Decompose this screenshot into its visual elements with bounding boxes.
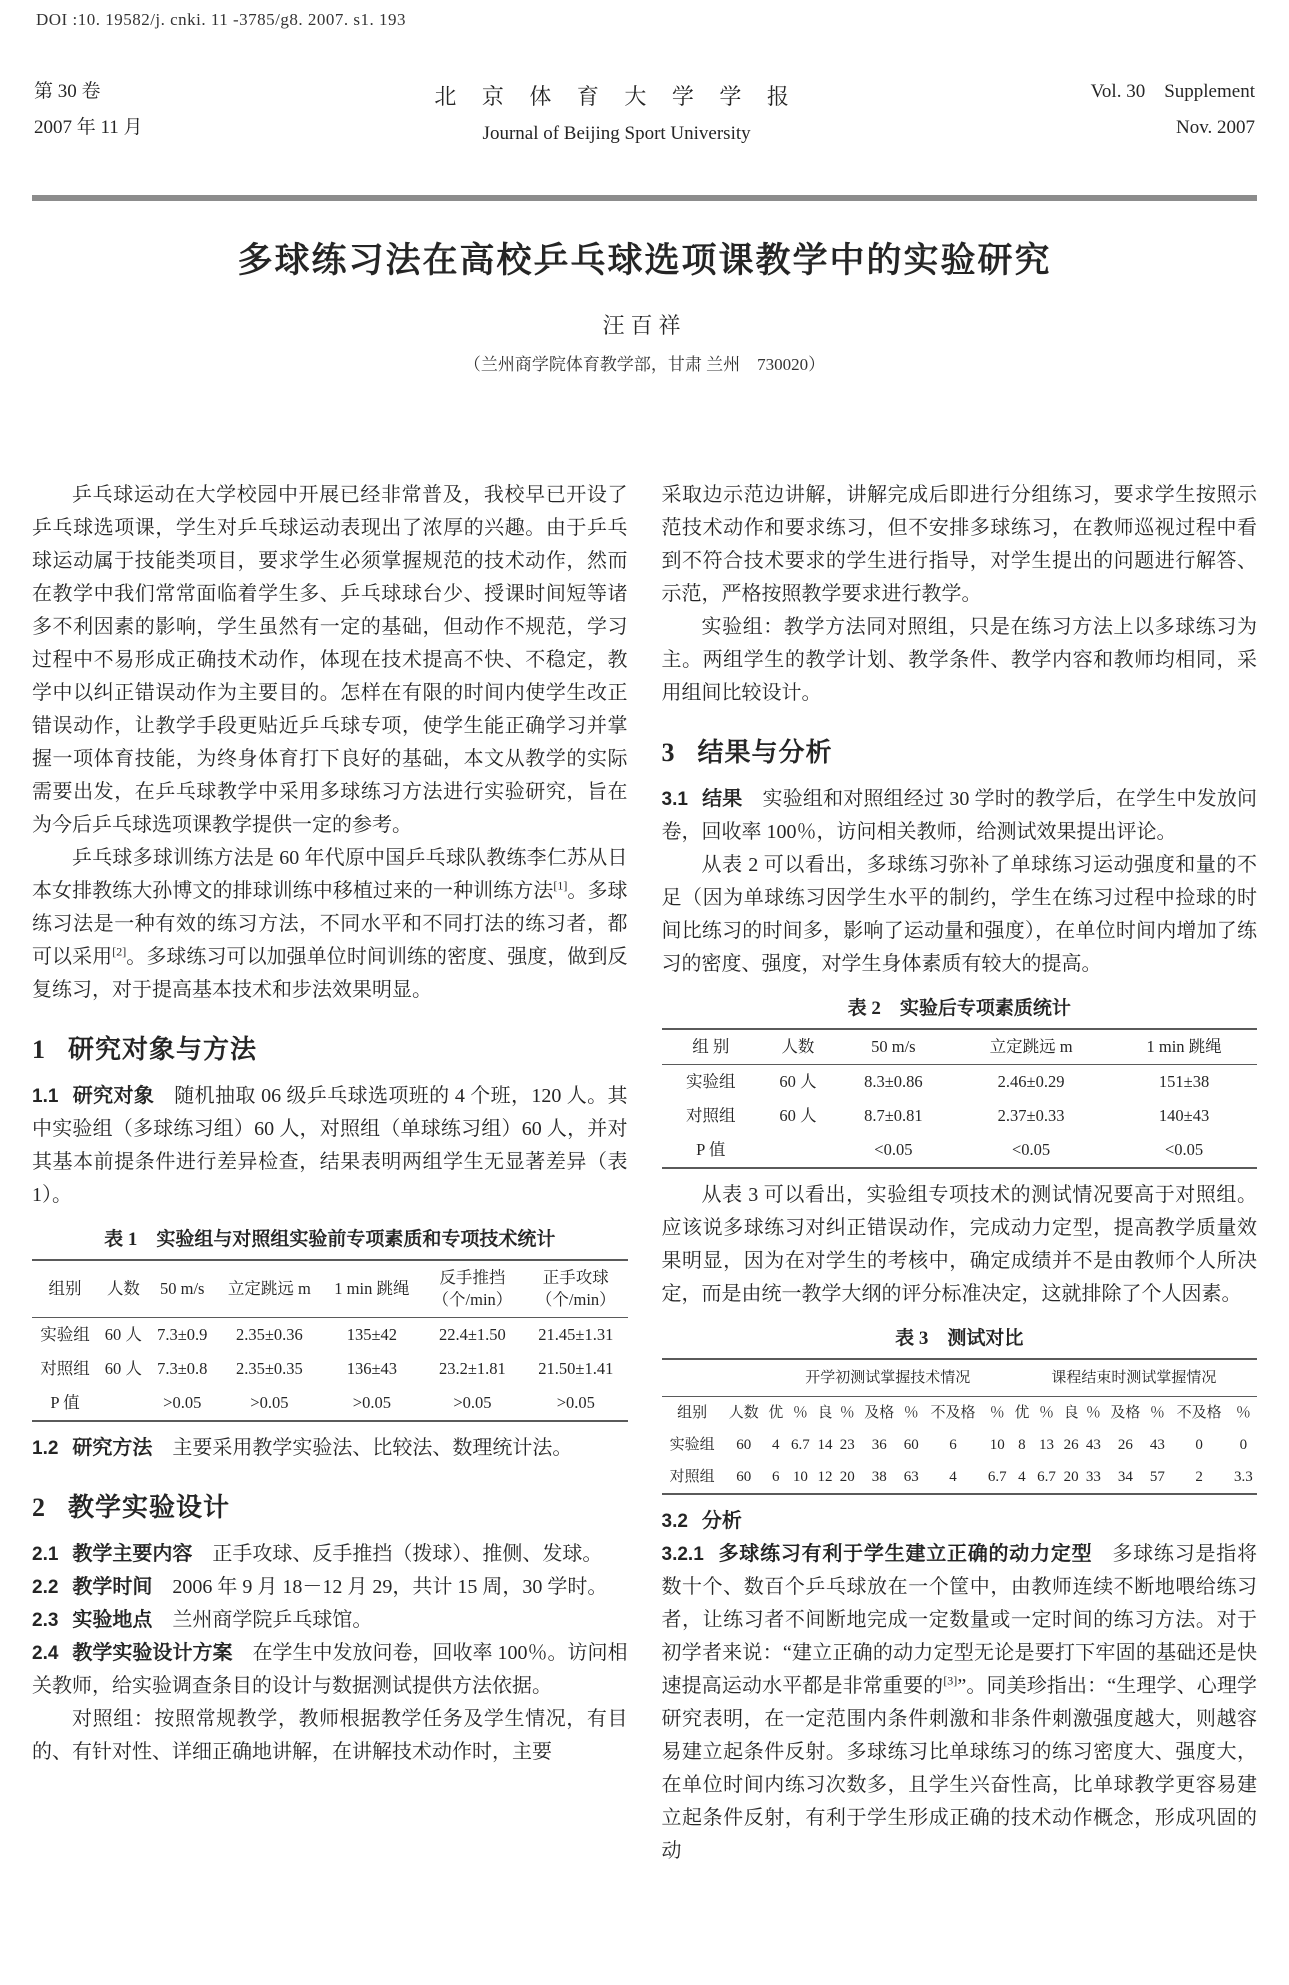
table-header-cell: 50 m/s: [836, 1029, 951, 1065]
journal-name-cn: 北 京 体 育 大 学 学 报: [434, 80, 799, 111]
table-header-cell: 良: [1060, 1397, 1082, 1430]
table-cell: 60: [723, 1429, 765, 1461]
table-cell: 8: [1011, 1429, 1033, 1461]
table-cell: 22.4±1.50: [421, 1318, 524, 1353]
table-header-cell: 组别: [32, 1260, 98, 1318]
table-cell: 2.35±0.35: [216, 1352, 323, 1386]
table-row: 实验组60 人8.3±0.862.46±0.29151±38: [662, 1065, 1258, 1100]
table-header-cell: ％: [836, 1397, 858, 1430]
right-column: 采取边示范边讲解，讲解完成后即进行分组练习，要求学生按照示范技术动作和要求练习，…: [662, 479, 1258, 1868]
table-cell: 6: [922, 1429, 983, 1461]
table-header-cell: 及格: [1104, 1397, 1146, 1430]
section-1-2: 1.2研究方法主要采用教学实验法、比较法、数理统计法。: [32, 1432, 628, 1465]
table-cell: 34: [1104, 1461, 1146, 1494]
table-1: 组别人数50 m/s立定跳远 m1 min 跳绳反手推挡 （个/min）正手攻球…: [32, 1259, 628, 1422]
table-cell: 140±43: [1111, 1099, 1257, 1133]
table-header-cell: ％: [900, 1397, 922, 1430]
table-header-cell: 正手攻球 （个/min）: [524, 1260, 627, 1318]
journal-header: 第 30 卷 2007 年 11 月 北 京 体 育 大 学 学 报 Journ…: [30, 80, 1259, 145]
table-3-span-header-row: 开学初测试掌握技术情况 课程结束时测试掌握情况: [662, 1359, 1258, 1397]
table-cell: 151±38: [1111, 1065, 1257, 1100]
table-cell: <0.05: [1111, 1133, 1257, 1168]
table-header-cell: ％: [787, 1397, 814, 1430]
table-cell: 10: [984, 1429, 1011, 1461]
table-cell: >0.05: [149, 1386, 216, 1421]
section-2-2-number: 2.2: [32, 1577, 58, 1598]
table-header-cell: ％: [1033, 1397, 1060, 1430]
table-cell: 26: [1060, 1429, 1082, 1461]
table-cell: >0.05: [323, 1386, 421, 1421]
table-1-block: 表 1 实验组与对照组实验前专项素质和专项技术统计 组别人数50 m/s立定跳远…: [32, 1224, 628, 1422]
section-2-1-text: 正手攻球、反手推挡（拨球）、推侧、发球。: [212, 1543, 602, 1565]
table-cell: 6.7: [984, 1461, 1011, 1494]
section-1-2-title: 研究方法: [72, 1437, 152, 1459]
table-cell: 2.46±0.29: [951, 1065, 1111, 1100]
journal-page: DOI :10. 19582/j. cnki. 11 -3785/g8. 200…: [0, 0, 1289, 1985]
table-header-cell: 立定跳远 m: [951, 1029, 1111, 1065]
table-header-cell: 不及格: [922, 1397, 983, 1430]
table-cell: [98, 1386, 149, 1421]
table-row: 对照组60 人8.7±0.812.37±0.33140±43: [662, 1099, 1258, 1133]
table-header-cell: 及格: [858, 1397, 900, 1430]
section-2-4: 2.4教学实验设计方案在学生中发放问卷，回收率 100％。访问相关教师，给实验调…: [32, 1637, 628, 1703]
section-2-2: 2.2教学时间2006 年 9 月 18－12 月 29，共计 15 周，30 …: [32, 1571, 628, 1604]
table-cell: 7.3±0.9: [149, 1318, 216, 1353]
table-header-cell: ％: [1230, 1397, 1257, 1430]
table-row: P 值<0.05<0.05<0.05: [662, 1133, 1258, 1168]
table-row: P 值>0.05>0.05>0.05>0.05>0.05: [32, 1386, 628, 1421]
table-cell: 2.35±0.36: [216, 1318, 323, 1353]
table-cell: 14: [814, 1429, 836, 1461]
table-cell: [760, 1133, 836, 1168]
table-3-span-end: 课程结束时测试掌握情况: [1011, 1359, 1257, 1397]
table-cell: 136±43: [323, 1352, 421, 1386]
table-cell: 8.3±0.86: [836, 1065, 951, 1100]
reference-3: [3]: [943, 1673, 957, 1687]
table-header-cell: ％: [1082, 1397, 1104, 1430]
table-cell: 26: [1104, 1429, 1146, 1461]
table-cell: 3.3: [1230, 1461, 1257, 1494]
header-center: 北 京 体 育 大 学 学 报 Journal of Beijing Sport…: [434, 80, 799, 145]
section-3-number: 3: [662, 738, 676, 767]
table-cell: 60 人: [760, 1099, 836, 1133]
table-header-cell: ％: [984, 1397, 1011, 1430]
table-cell: P 值: [662, 1133, 761, 1168]
table-cell: 2: [1168, 1461, 1229, 1494]
section-2-number: 2: [32, 1493, 46, 1522]
table-cell: 实验组: [662, 1065, 761, 1100]
table-cell: >0.05: [216, 1386, 323, 1421]
volume-en: Vol. 30 Supplement: [1091, 80, 1255, 104]
table-cell: 6.7: [787, 1429, 814, 1461]
table-cell: 8.7±0.81: [836, 1099, 951, 1133]
table-cell: 33: [1082, 1461, 1104, 1494]
table-3-span-start: 开学初测试掌握技术情况: [765, 1359, 1011, 1397]
table-cell: 6: [765, 1461, 787, 1494]
table-cell: 21.45±1.31: [524, 1318, 627, 1353]
table-cell: 43: [1082, 1429, 1104, 1461]
table-cell: 60 人: [760, 1065, 836, 1100]
section-3-1-text: 实验组和对照组经过 30 学时的教学后，在学生中发放问卷，回收率 100％，访问…: [662, 788, 1258, 843]
table-row: 对照组60 人7.3±0.82.35±0.35136±4323.2±1.8121…: [32, 1352, 628, 1386]
section-3-2-number: 3.2: [662, 1511, 688, 1532]
table-header-cell: 立定跳远 m: [216, 1260, 323, 1318]
table-cell: 60 人: [98, 1352, 149, 1386]
section-3-1-title: 结果: [702, 788, 743, 810]
table-header-cell: 组 别: [662, 1029, 761, 1065]
table-header-cell: ％: [1146, 1397, 1168, 1430]
section-1-1-number: 1.1: [32, 1086, 58, 1107]
table-3: 开学初测试掌握技术情况 课程结束时测试掌握情况 组别人数优％良％及格％不及格％优…: [662, 1358, 1258, 1495]
control-group-paragraph: 对照组：按照常规教学，教师根据教学任务及学生情况，有目的、有针对性、详细正确地讲…: [32, 1703, 628, 1769]
table-cell: 23.2±1.81: [421, 1352, 524, 1386]
intro-paragraph: 乒乓球运动在大学校园中开展已经非常普及，我校早已开设了乒乓球选项课，学生对乒乓球…: [32, 479, 628, 842]
table-cell: 对照组: [662, 1099, 761, 1133]
section-1-title: 研究对象与方法: [68, 1035, 257, 1064]
header-right: Vol. 30 Supplement Nov. 2007: [1091, 80, 1255, 145]
section-3-2: 3.2分析: [662, 1505, 1258, 1538]
table-cell: 7.3±0.8: [149, 1352, 216, 1386]
doi-line: DOI :10. 19582/j. cnki. 11 -3785/g8. 200…: [30, 10, 1259, 30]
table-cell: 4: [1011, 1461, 1033, 1494]
background-text-a: 乒乓球多球训练方法是 60 年代原中国乒乓球队教练李仁苏从日本女排教练大孙博文的…: [32, 847, 628, 902]
section-3-2-1-title: 多球练习有利于学生建立正确的动力定型: [718, 1543, 1093, 1565]
paper-title: 多球练习法在高校乒乓球选项课教学中的实验研究: [30, 233, 1259, 283]
reference-1: [1]: [553, 878, 567, 892]
section-1-2-text: 主要采用教学实验法、比较法、数理统计法。: [172, 1437, 572, 1459]
table-cell: 38: [858, 1461, 900, 1494]
table-2-block: 表 2 实验后专项素质统计 组 别人数50 m/s立定跳远 m1 min 跳绳 …: [662, 993, 1258, 1169]
table-2-header-row: 组 别人数50 m/s立定跳远 m1 min 跳绳: [662, 1029, 1258, 1065]
table-cell: 12: [814, 1461, 836, 1494]
section-2-2-title: 教学时间: [72, 1576, 152, 1598]
section-1-1-title: 研究对象: [72, 1085, 154, 1107]
table-cell: >0.05: [421, 1386, 524, 1421]
table-header-cell: 50 m/s: [149, 1260, 216, 1318]
table-cell: 60: [723, 1461, 765, 1494]
table-header-cell: 优: [1011, 1397, 1033, 1430]
table-cell: 60: [900, 1429, 922, 1461]
table-header-cell: 反手推挡 （个/min）: [421, 1260, 524, 1318]
reference-2: [2]: [112, 944, 126, 958]
table-cell: 23: [836, 1429, 858, 1461]
section-2-3-number: 2.3: [32, 1610, 58, 1631]
table-1-body: 实验组60 人7.3±0.92.35±0.36135±4222.4±1.5021…: [32, 1318, 628, 1422]
left-column: 乒乓球运动在大学校园中开展已经非常普及，我校早已开设了乒乓球选项课，学生对乒乓球…: [32, 479, 628, 1868]
author-affiliation: （兰州商学院体育教学部，甘肃 兰州 730020）: [30, 350, 1259, 375]
control-group-continuation: 采取边示范边讲解，讲解完成后即进行分组练习，要求学生按照示范技术动作和要求练习，…: [662, 479, 1258, 611]
table-1-caption: 表 1 实验组与对照组实验前专项素质和专项技术统计: [32, 1224, 628, 1251]
section-2-heading: 2教学实验设计: [32, 1487, 628, 1524]
table-row: 对照组606101220386346.746.72033345723.3: [662, 1461, 1258, 1494]
section-2-1-title: 教学主要内容: [72, 1543, 192, 1565]
section-3-2-1: 3.2.1多球练习有利于学生建立正确的动力定型多球练习是指将数十个、数百个乒乓球…: [662, 1538, 1258, 1868]
table-cell: 4: [922, 1461, 983, 1494]
table-cell: 43: [1146, 1429, 1168, 1461]
table-cell: 对照组: [662, 1461, 723, 1494]
table-3-discussion: 从表 3 可以看出，实验组专项技术的测试情况要高于对照组。应该说多球练习对纠正错…: [662, 1179, 1258, 1311]
table-cell: 20: [1060, 1461, 1082, 1494]
table-cell: 20: [836, 1461, 858, 1494]
table-cell: 21.50±1.41: [524, 1352, 627, 1386]
section-3-heading: 3结果与分析: [662, 732, 1258, 769]
date-en: Nov. 2007: [1091, 116, 1255, 140]
table-header-cell: 1 min 跳绳: [1111, 1029, 1257, 1065]
table-header-cell: 人数: [760, 1029, 836, 1065]
table-2-discussion: 从表 2 可以看出，多球练习弥补了单球练习运动强度和量的不足（因为单球练习因学生…: [662, 849, 1258, 981]
section-2-title: 教学实验设计: [68, 1493, 230, 1522]
table-header-cell: 优: [765, 1397, 787, 1430]
table-cell: <0.05: [836, 1133, 951, 1168]
section-2-3-title: 实验地点: [72, 1609, 152, 1631]
table-cell: 对照组: [32, 1352, 98, 1386]
table-3-block: 表 3 测试对比 开学初测试掌握技术情况 课程结束时测试掌握情况 组别人数优％良…: [662, 1323, 1258, 1495]
table-cell: 实验组: [32, 1318, 98, 1353]
background-paragraph: 乒乓球多球训练方法是 60 年代原中国乒乓球队教练李仁苏从日本女排教练大孙博文的…: [32, 842, 628, 1007]
section-3-1: 3.1结果实验组和对照组经过 30 学时的教学后，在学生中发放问卷，回收率 10…: [662, 783, 1258, 849]
table-cell: 10: [787, 1461, 814, 1494]
date-cn: 2007 年 11 月: [34, 116, 143, 140]
table-2-caption: 表 2 实验后专项素质统计: [662, 993, 1258, 1020]
section-1-2-number: 1.2: [32, 1438, 58, 1459]
table-cell: 6.7: [1033, 1461, 1060, 1494]
table-cell: 4: [765, 1429, 787, 1461]
section-2-3-text: 兰州商学院乒乓球馆。: [172, 1609, 372, 1631]
table-header-cell: 组别: [662, 1397, 723, 1430]
experiment-group-paragraph: 实验组：教学方法同对照组，只是在练习方法上以多球练习为主。两组学生的教学计划、教…: [662, 611, 1258, 710]
table-cell: 60 人: [98, 1318, 149, 1353]
table-cell: 0: [1230, 1429, 1257, 1461]
section-1-heading: 1研究对象与方法: [32, 1029, 628, 1066]
section-1-1: 1.1研究对象随机抽取 06 级乒乓球选项班的 4 个班，120 人。其中实验组…: [32, 1080, 628, 1212]
header-left: 第 30 卷 2007 年 11 月: [34, 80, 143, 145]
table-3-body: 实验组6046.7142336606108132643264300对照组6061…: [662, 1429, 1258, 1494]
table-3-subheader-row: 组别人数优％良％及格％不及格％优％良％及格％不及格％: [662, 1397, 1258, 1430]
table-header-cell: 良: [814, 1397, 836, 1430]
section-2-1-number: 2.1: [32, 1544, 58, 1565]
table-3-span-empty: [662, 1359, 765, 1397]
section-1-number: 1: [32, 1035, 46, 1064]
table-2-body: 实验组60 人8.3±0.862.46±0.29151±38对照组60 人8.7…: [662, 1065, 1258, 1169]
table-header-cell: 人数: [723, 1397, 765, 1430]
table-cell: >0.05: [524, 1386, 627, 1421]
author-name: 汪百祥: [30, 309, 1259, 340]
table-header-cell: 人数: [98, 1260, 149, 1318]
section-3-title: 结果与分析: [698, 738, 833, 767]
section-3-1-number: 3.1: [662, 789, 688, 810]
section-2-1: 2.1教学主要内容正手攻球、反手推挡（拨球）、推侧、发球。: [32, 1538, 628, 1571]
section-3-2-title: 分析: [702, 1510, 742, 1532]
two-column-body: 乒乓球运动在大学校园中开展已经非常普及，我校早已开设了乒乓球选项课，学生对乒乓球…: [30, 479, 1259, 1868]
table-cell: 实验组: [662, 1429, 723, 1461]
section-2-3: 2.3实验地点兰州商学院乒乓球馆。: [32, 1604, 628, 1637]
table-cell: 2.37±0.33: [951, 1099, 1111, 1133]
section-2-4-title: 教学实验设计方案: [72, 1642, 232, 1664]
table-row: 实验组6046.7142336606108132643264300: [662, 1429, 1258, 1461]
table-cell: 135±42: [323, 1318, 421, 1353]
volume-cn: 第 30 卷: [34, 80, 143, 104]
section-3-2-1-number: 3.2.1: [662, 1544, 704, 1565]
table-header-cell: 不及格: [1168, 1397, 1229, 1430]
table-cell: 36: [858, 1429, 900, 1461]
table-cell: 57: [1146, 1461, 1168, 1494]
section-2-4-number: 2.4: [32, 1643, 58, 1664]
table-cell: 13: [1033, 1429, 1060, 1461]
header-divider-rule: [32, 195, 1257, 201]
table-3-caption: 表 3 测试对比: [662, 1323, 1258, 1350]
table-row: 实验组60 人7.3±0.92.35±0.36135±4222.4±1.5021…: [32, 1318, 628, 1353]
table-cell: <0.05: [951, 1133, 1111, 1168]
journal-name-en: Journal of Beijing Sport University: [434, 123, 799, 145]
table-2: 组 别人数50 m/s立定跳远 m1 min 跳绳 实验组60 人8.3±0.8…: [662, 1028, 1258, 1169]
table-cell: 63: [900, 1461, 922, 1494]
section-3-2-1-text-b: ”。同美珍指出：“生理学、心理学研究表明，在一定范围内条件刺激和非条件刺激强度越…: [662, 1675, 1258, 1862]
table-cell: 0: [1168, 1429, 1229, 1461]
table-header-cell: 1 min 跳绳: [323, 1260, 421, 1318]
section-3-2-1-text-a: 多球练习是指将数十个、数百个乒乓球放在一个筐中，由教师连续不断地喂给练习者，让练…: [662, 1543, 1258, 1697]
table-1-header-row: 组别人数50 m/s立定跳远 m1 min 跳绳反手推挡 （个/min）正手攻球…: [32, 1260, 628, 1318]
table-cell: P 值: [32, 1386, 98, 1421]
section-2-2-text: 2006 年 9 月 18－12 月 29，共计 15 周，30 学时。: [172, 1576, 607, 1598]
